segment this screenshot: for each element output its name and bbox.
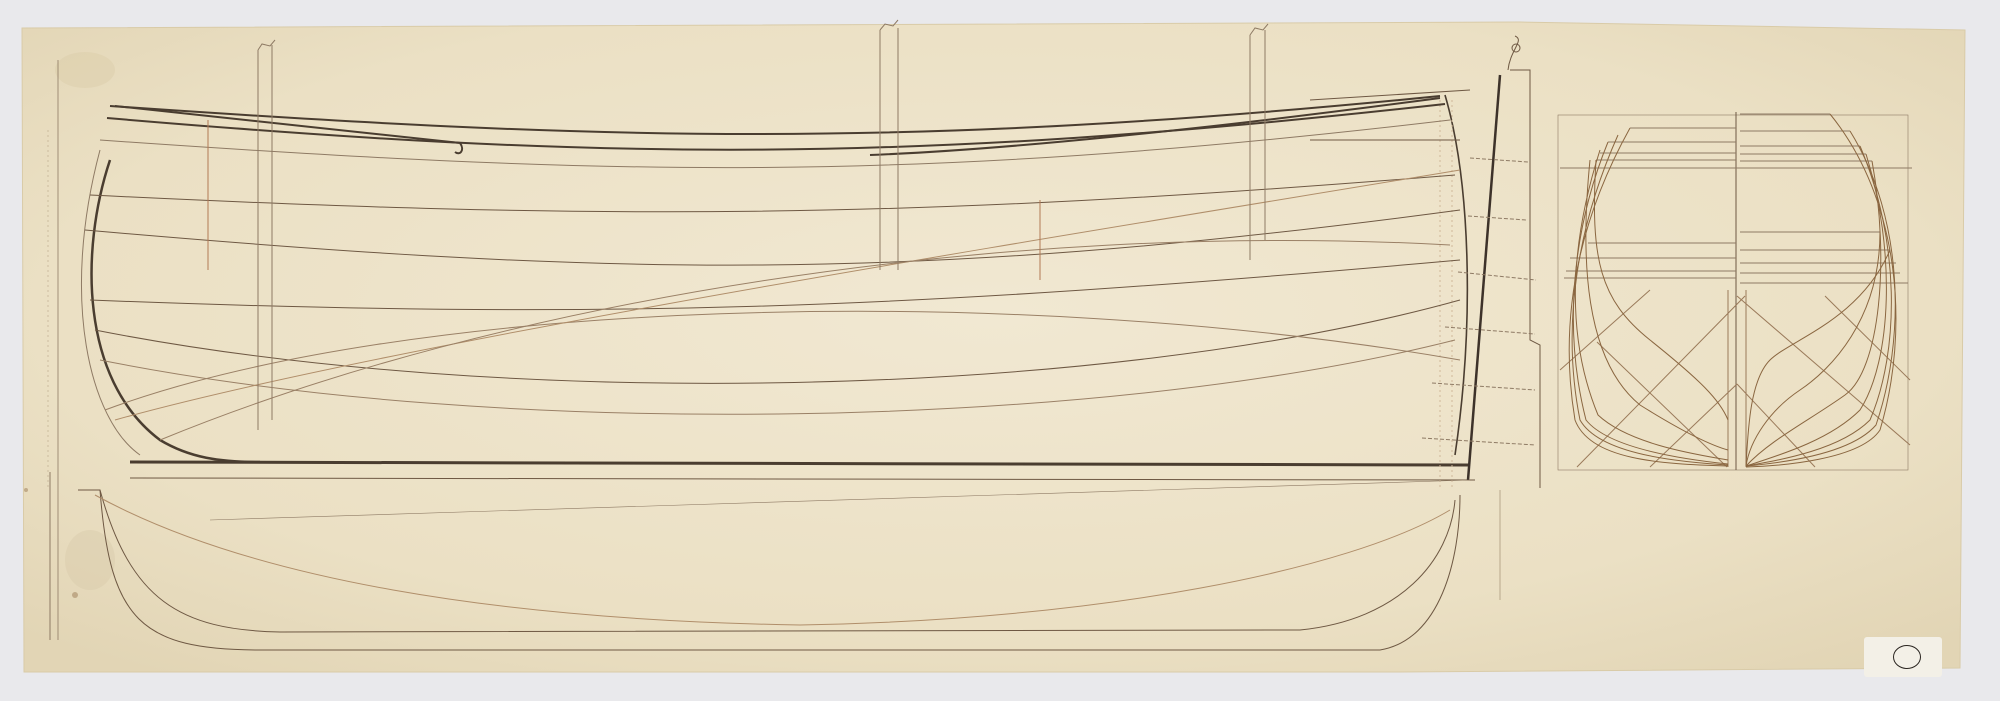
catalog-label — [1864, 637, 1942, 677]
ship-plan-sheet — [0, 0, 2000, 701]
ship-draught-drawing — [0, 0, 2000, 701]
catalog-number — [1893, 645, 1921, 669]
